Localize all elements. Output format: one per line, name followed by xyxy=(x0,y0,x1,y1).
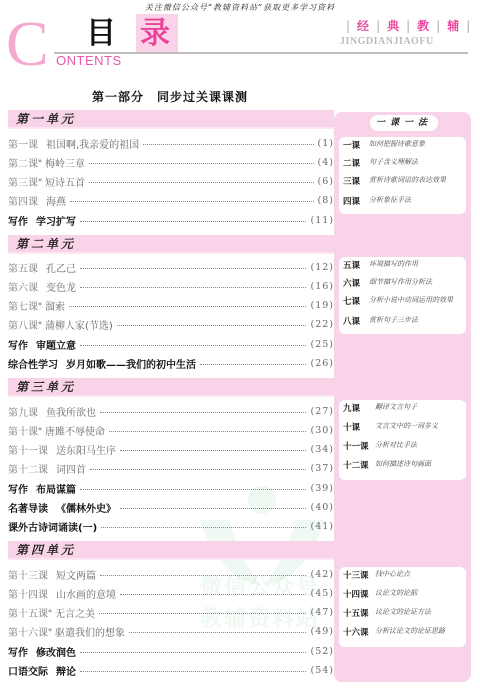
logo-word-contents: ONTENTS xyxy=(56,53,122,68)
method-item[interactable]: 九课翻译文言句子 xyxy=(343,402,462,421)
optional-mark: * xyxy=(48,608,52,617)
method-item[interactable]: 十六课分析议论文的论证思路 xyxy=(343,626,462,645)
entry-page: (45) xyxy=(310,588,334,599)
brand-label: |经|典|教|辅| xyxy=(340,17,477,34)
leader-dots xyxy=(100,575,306,576)
method-desc: 文言文中的一词多义 xyxy=(375,421,438,430)
method-item[interactable]: 十五课议论文的论证方法 xyxy=(343,607,462,626)
leader-dots xyxy=(70,201,314,202)
entry-title: 《儒林外史》 xyxy=(56,500,116,515)
leader-dots xyxy=(129,632,306,633)
method-item[interactable]: 五课环境描写的作用 xyxy=(343,259,462,277)
leader-dots xyxy=(100,412,306,413)
method-item[interactable]: 十课文言文中的一词多义 xyxy=(343,421,462,440)
entry-number: 第十五课 xyxy=(8,605,48,620)
entry-title: 无言之美 xyxy=(55,605,95,620)
method-lesson: 六课 xyxy=(343,277,369,289)
entry-title: 审题立意 xyxy=(36,337,76,352)
entry-title: 送东阳马生序 xyxy=(56,442,116,457)
brand-char: 辅 xyxy=(447,19,460,33)
entry-number: 写作 xyxy=(8,213,28,228)
toc-entry[interactable]: 写作 学习扩写 (11) xyxy=(8,212,334,228)
method-lesson: 一课 xyxy=(343,139,369,151)
method-item[interactable]: 十三课找中心论点 xyxy=(343,569,462,588)
entry-number: 第六课 xyxy=(8,279,38,294)
toc-entry[interactable]: 第四课 海燕 (8) xyxy=(8,192,334,208)
optional-mark: * xyxy=(38,158,42,167)
leader-dots xyxy=(80,489,306,490)
optional-mark: * xyxy=(38,426,42,435)
entry-page: (11) xyxy=(310,215,334,226)
unit-header-1: 第一单元 xyxy=(8,110,334,129)
entry-number: 写作 xyxy=(8,644,28,659)
toc-entry[interactable]: 口语交际 辩论 (54) xyxy=(8,662,334,678)
entry-page: (30) xyxy=(310,425,334,436)
leader-dots xyxy=(80,671,306,672)
leader-dots xyxy=(200,364,306,365)
leader-dots xyxy=(80,221,306,222)
method-desc: 细节描写作用分析法 xyxy=(369,277,432,286)
entry-page: (39) xyxy=(310,483,334,494)
method-desc: 环境描写的作用 xyxy=(369,259,418,268)
unit-header-3: 第三单元 xyxy=(8,378,334,397)
leader-dots xyxy=(120,508,306,509)
entry-page: (40) xyxy=(310,502,334,513)
entry-title: 鱼我所欲也 xyxy=(46,404,96,419)
method-lesson: 十二课 xyxy=(343,459,375,471)
sidebar-title: 一课一法 xyxy=(370,115,438,131)
brand-separator: | xyxy=(466,19,471,33)
entry-page: (41) xyxy=(310,521,334,532)
method-lesson: 九课 xyxy=(343,402,375,414)
entry-title: 溜索 xyxy=(45,298,65,313)
toc-entry[interactable]: 写作 审题立意 (25) xyxy=(8,336,334,352)
entry-number: 第十三课 xyxy=(8,567,48,582)
optional-mark: * xyxy=(48,627,52,636)
logo-letter-c: C xyxy=(6,12,49,76)
optional-mark: * xyxy=(38,177,42,186)
toc-entry[interactable]: 写作 布局谋篇 (39) xyxy=(8,480,334,496)
method-lesson: 十四课 xyxy=(343,588,375,600)
method-item[interactable]: 二课句子含义理解法 xyxy=(343,157,462,175)
entry-number: 第二课 xyxy=(8,155,38,170)
leader-dots xyxy=(69,306,306,307)
brand-separator: | xyxy=(376,19,381,33)
entry-title: 短诗五首 xyxy=(45,174,85,189)
toc-entry[interactable]: 第十六课* 驱遣我们的想象 (49) xyxy=(8,623,334,639)
entry-title: 祖国啊,我亲爱的祖国 xyxy=(46,136,139,151)
entry-title: 唐雎不辱使命 xyxy=(45,423,105,438)
method-lesson: 十三课 xyxy=(343,569,375,581)
method-desc: 分析议论文的论证思路 xyxy=(375,626,445,635)
top-note: 关注微信公众号“教辅资料站”获取更多学习资料 xyxy=(0,2,480,13)
method-lesson: 五课 xyxy=(343,259,369,271)
method-lesson: 十五课 xyxy=(343,607,375,619)
entry-title: 短文两篇 xyxy=(56,567,96,582)
title-char-lu: 录 xyxy=(140,17,170,51)
toc-entry[interactable]: 写作 修改润色 (52) xyxy=(8,643,334,659)
entry-page: (52) xyxy=(310,646,334,657)
part-title: 第一部分 同步过关课课测 xyxy=(0,88,340,105)
entry-number: 第一课 xyxy=(8,136,38,151)
method-lesson: 十一课 xyxy=(343,440,375,452)
method-desc: 赏析诗歌词语的表达效果 xyxy=(369,175,446,184)
method-lesson: 十课 xyxy=(343,421,375,433)
brand-english: JINGDIANJIAOFU xyxy=(340,36,434,47)
toc-entry[interactable]: 课外古诗词诵读(一) (41) xyxy=(8,518,334,534)
entry-number: 课外古诗词诵读(一) xyxy=(8,519,97,534)
entry-title: 岁月如歌——我们的初中生活 xyxy=(66,356,196,371)
method-desc: 分析象征手法 xyxy=(369,195,411,204)
entry-number: 第十四课 xyxy=(8,586,48,601)
toc-entry[interactable]: 第十四课 山水画的意境 (45) xyxy=(8,585,334,601)
entry-page: (47) xyxy=(310,607,334,618)
entry-page: (54) xyxy=(310,665,334,676)
toc-entry[interactable]: 第十五课* 无言之美 (47) xyxy=(8,604,334,620)
entry-number: 第五课 xyxy=(8,260,38,275)
title-char-mu: 目 xyxy=(86,17,116,51)
toc-entry[interactable]: 第十一课 送东阳马生序 (34) xyxy=(8,441,334,457)
entry-number: 第三课 xyxy=(8,174,38,189)
entry-number: 第十二课 xyxy=(8,461,48,476)
toc-entry[interactable]: 第十三课 短文两篇 (42) xyxy=(8,566,334,582)
leader-dots xyxy=(99,613,306,614)
method-desc: 分析小说中动词运用的效果 xyxy=(369,295,453,304)
method-lesson: 三课 xyxy=(343,175,369,187)
leader-dots xyxy=(120,450,306,451)
entry-title: 海燕 xyxy=(46,193,66,208)
method-group-1: 一课如何把握诗歌意象 二课句子含义理解法 三课赏析诗歌词语的表达效果 四课分析象… xyxy=(339,137,466,214)
entry-page: (42) xyxy=(310,569,334,580)
method-item[interactable]: 十四课议论文的论据 xyxy=(343,588,462,607)
brand-char: 典 xyxy=(387,19,400,33)
entry-page: (16) xyxy=(310,281,334,292)
entry-number: 第八课 xyxy=(8,317,38,332)
sidebar-method-panel: 一课一法 一课如何把握诗歌意象 二课句子含义理解法 三课赏析诗歌词语的表达效果 … xyxy=(334,112,471,682)
method-desc: 如何把握诗歌意象 xyxy=(369,139,425,148)
entry-page: (12) xyxy=(310,262,334,273)
optional-mark: * xyxy=(38,301,42,310)
header-divider xyxy=(54,52,468,54)
entry-title: 孔乙己 xyxy=(46,260,76,275)
entry-page: (22) xyxy=(310,319,334,330)
brand-separator: | xyxy=(346,19,351,33)
method-desc: 议论文的论据 xyxy=(375,588,417,597)
method-desc: 赏析句子三步法 xyxy=(369,315,418,324)
method-item[interactable]: 四课分析象征手法 xyxy=(343,195,462,211)
toc-entry[interactable]: 名著导读 《儒林外史》 (40) xyxy=(8,499,334,515)
entry-page: (26) xyxy=(310,358,334,369)
unit-header-2: 第二单元 xyxy=(8,235,334,254)
entry-number: 第十六课 xyxy=(8,624,48,639)
entry-title: 山水画的意境 xyxy=(56,586,116,601)
entry-page: (37) xyxy=(310,463,334,474)
entry-title: 变色龙 xyxy=(46,279,76,294)
method-lesson: 七课 xyxy=(343,295,369,307)
entry-title: 学习扩写 xyxy=(36,213,76,228)
entry-number: 第七课 xyxy=(8,298,38,313)
entry-page: (27) xyxy=(310,406,334,417)
toc-entry[interactable]: 第三课* 短诗五首 (6) xyxy=(8,173,334,189)
method-desc: 如何描述诗句画面 xyxy=(375,459,431,468)
method-desc: 议论文的论证方法 xyxy=(375,607,431,616)
brand-separator: | xyxy=(406,19,411,33)
entry-title: 词四首 xyxy=(56,461,86,476)
leader-dots xyxy=(90,469,306,470)
method-group-2: 五课环境描写的作用 六课细节描写作用分析法 七课分析小说中动词运用的效果 八课赏… xyxy=(339,257,466,334)
brand-char: 教 xyxy=(417,19,430,33)
toc-entry[interactable]: 综合性学习 岁月如歌——我们的初中生活 (26) xyxy=(8,355,334,371)
entry-title: 蒲柳人家(节选) xyxy=(45,317,113,332)
toc-entry[interactable]: 第二课* 梅岭三章 (4) xyxy=(8,154,334,170)
method-item[interactable]: 三课赏析诗歌词语的表达效果 xyxy=(343,175,462,195)
entry-number: 第十课 xyxy=(8,423,38,438)
entry-title: 辩论 xyxy=(56,663,76,678)
toc-entry[interactable]: 第五课 孔乙己 (12) xyxy=(8,259,334,275)
leader-dots xyxy=(80,345,306,346)
entry-page: (34) xyxy=(310,444,334,455)
entry-page: (1) xyxy=(318,138,334,149)
entry-number: 写作 xyxy=(8,337,28,352)
leader-dots xyxy=(80,652,306,653)
optional-mark: * xyxy=(38,320,42,329)
toc-entry[interactable]: 第九课 鱼我所欲也 (27) xyxy=(8,403,334,419)
method-lesson: 二课 xyxy=(343,157,369,169)
leader-dots xyxy=(109,431,306,432)
method-lesson: 十六课 xyxy=(343,626,375,638)
method-item[interactable]: 八课赏析句子三步法 xyxy=(343,315,462,331)
method-desc: 句子含义理解法 xyxy=(369,157,418,166)
entry-number: 口语交际 xyxy=(8,663,48,678)
leader-dots xyxy=(80,268,306,269)
entry-page: (25) xyxy=(310,339,334,350)
toc-entry[interactable]: 第六课 变色龙 (16) xyxy=(8,278,334,294)
entry-number: 第九课 xyxy=(8,404,38,419)
entry-title: 驱遣我们的想象 xyxy=(55,624,125,639)
toc-entry[interactable]: 第七课* 溜索 (19) xyxy=(8,297,334,313)
method-item[interactable]: 十二课如何描述诗句画面 xyxy=(343,459,462,478)
method-item[interactable]: 一课如何把握诗歌意象 xyxy=(343,139,462,157)
entry-title: 修改润色 xyxy=(36,644,76,659)
leader-dots xyxy=(80,287,306,288)
toc-entry[interactable]: 第一课 祖国啊,我亲爱的祖国 (1) xyxy=(8,135,334,151)
toc-entry[interactable]: 第十二课 词四首 (37) xyxy=(8,460,334,476)
method-item[interactable]: 七课分析小说中动词运用的效果 xyxy=(343,295,462,315)
entry-number: 综合性学习 xyxy=(8,356,58,371)
method-desc: 分析对比手法 xyxy=(375,440,417,449)
entry-title: 布局谋篇 xyxy=(36,481,76,496)
method-group-3: 九课翻译文言句子 十课文言文中的一词多义 十一课分析对比手法 十二课如何描述诗句… xyxy=(339,400,466,480)
method-lesson: 八课 xyxy=(343,315,369,327)
method-group-4: 十三课找中心论点 十四课议论文的论据 十五课议论文的论证方法 十六课分析议论文的… xyxy=(339,567,466,647)
entry-number: 写作 xyxy=(8,481,28,496)
entry-page: (6) xyxy=(318,176,334,187)
toc-entry[interactable]: 第十课* 唐雎不辱使命 (30) xyxy=(8,422,334,438)
leader-dots xyxy=(117,325,307,326)
method-lesson: 四课 xyxy=(343,195,369,207)
method-desc: 找中心论点 xyxy=(375,569,410,578)
method-item[interactable]: 六课细节描写作用分析法 xyxy=(343,277,462,295)
entry-title: 梅岭三章 xyxy=(45,155,85,170)
leader-dots xyxy=(120,594,306,595)
entry-page: (4) xyxy=(318,157,334,168)
method-item[interactable]: 十一课分析对比手法 xyxy=(343,440,462,459)
entry-page: (19) xyxy=(310,300,334,311)
entry-page: (8) xyxy=(318,195,334,206)
toc-entry[interactable]: 第八课* 蒲柳人家(节选) (22) xyxy=(8,316,334,332)
leader-dots xyxy=(89,182,314,183)
method-desc: 翻译文言句子 xyxy=(375,402,417,411)
brand-char: 经 xyxy=(357,19,370,33)
entry-number: 第十一课 xyxy=(8,442,48,457)
leader-dots xyxy=(143,144,313,145)
entry-number: 第四课 xyxy=(8,193,38,208)
leader-dots xyxy=(101,527,306,528)
brand-separator: | xyxy=(436,19,441,33)
unit-header-4: 第四单元 xyxy=(8,541,334,560)
leader-dots xyxy=(89,163,314,164)
entry-number: 名著导读 xyxy=(8,500,48,515)
entry-page: (49) xyxy=(310,626,334,637)
